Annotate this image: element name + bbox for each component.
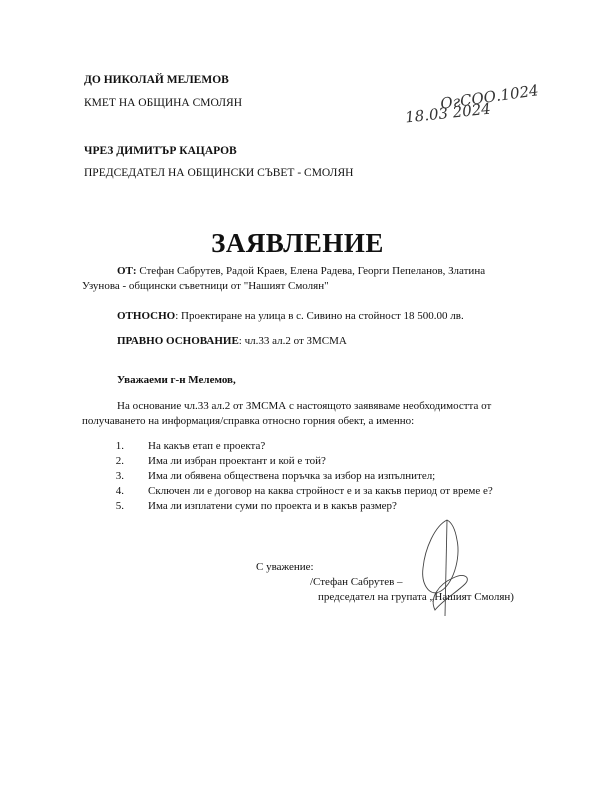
question-text: Има ли избран проектант и кой е той? xyxy=(148,455,326,467)
question-number: 5. xyxy=(94,500,124,512)
legal-basis-label: ПРАВНО ОСНОВАНИЕ xyxy=(117,335,239,347)
question-number: 3. xyxy=(94,470,124,482)
recipient-title: КМЕТ НА ОБЩИНА СМОЛЯН xyxy=(84,97,242,109)
registration-date: 18.03 2024 xyxy=(404,100,491,127)
salutation: Уважаеми г-н Мелемов, xyxy=(117,373,236,388)
question-number: 2. xyxy=(94,455,124,467)
question-item: 5.Има ли изплатени суми по проекта и в к… xyxy=(94,500,554,514)
from-names: Стефан Сабрутев, Радой Краев, Елена Раде… xyxy=(139,265,485,277)
from-label: ОТ: xyxy=(117,265,137,277)
question-text: Има ли обявена обществена поръчка за изб… xyxy=(148,470,435,482)
via-title: ПРЕДСЕДАТЕЛ НА ОБЩИНСКИ СЪВЕТ - СМОЛЯН xyxy=(84,167,353,179)
question-text: Има ли изплатени суми по проекта и в как… xyxy=(148,500,397,512)
from-line-2: Узунова - общински съветници от "Нашият … xyxy=(82,279,329,294)
legal-basis-line: ПРАВНО ОСНОВАНИЕ: чл.33 ал.2 от ЗМСМА xyxy=(117,334,347,349)
handwritten-signature xyxy=(395,518,475,618)
document-page: ДО НИКОЛАЙ МЕЛЕМОВ КМЕТ НА ОБЩИНА СМОЛЯН… xyxy=(0,0,595,796)
via-name: ЧРЕЗ ДИМИТЪР КАЦАРОВ xyxy=(84,145,237,157)
question-number: 4. xyxy=(94,485,124,497)
closing: С уважение: xyxy=(256,560,314,575)
from-line-1: ОТ: Стефан Сабрутев, Радой Краев, Елена … xyxy=(117,264,485,279)
document-title: ЗАЯВЛЕНИЕ xyxy=(0,228,595,259)
body-line-1: На основание чл.33 ал.2 от ЗМСМА с насто… xyxy=(117,399,491,414)
question-item: 3.Има ли обявена обществена поръчка за и… xyxy=(94,470,554,484)
question-item: 2.Има ли избран проектант и кой е той? xyxy=(94,455,554,469)
signer-name: /Стефан Сабрутев – xyxy=(310,575,403,590)
subject-text: : Проектиране на улица в с. Сивино на ст… xyxy=(175,310,464,322)
question-item: 4.Сключен ли е договор на каква стройнос… xyxy=(94,485,554,499)
question-text: Сключен ли е договор на каква стройност … xyxy=(148,485,493,497)
legal-basis-text: : чл.33 ал.2 от ЗМСМА xyxy=(239,335,347,347)
question-text: На какъв етап е проекта? xyxy=(148,440,265,452)
question-number: 1. xyxy=(94,440,124,452)
subject-line: ОТНОСНО: Проектиране на улица в с. Сивин… xyxy=(117,309,464,324)
body-line-2: получаването на информация/справка относ… xyxy=(82,414,414,429)
question-item: 1.На какъв етап е проекта? xyxy=(94,440,554,454)
subject-label: ОТНОСНО xyxy=(117,310,175,322)
recipient-name: ДО НИКОЛАЙ МЕЛЕМОВ xyxy=(84,74,229,86)
